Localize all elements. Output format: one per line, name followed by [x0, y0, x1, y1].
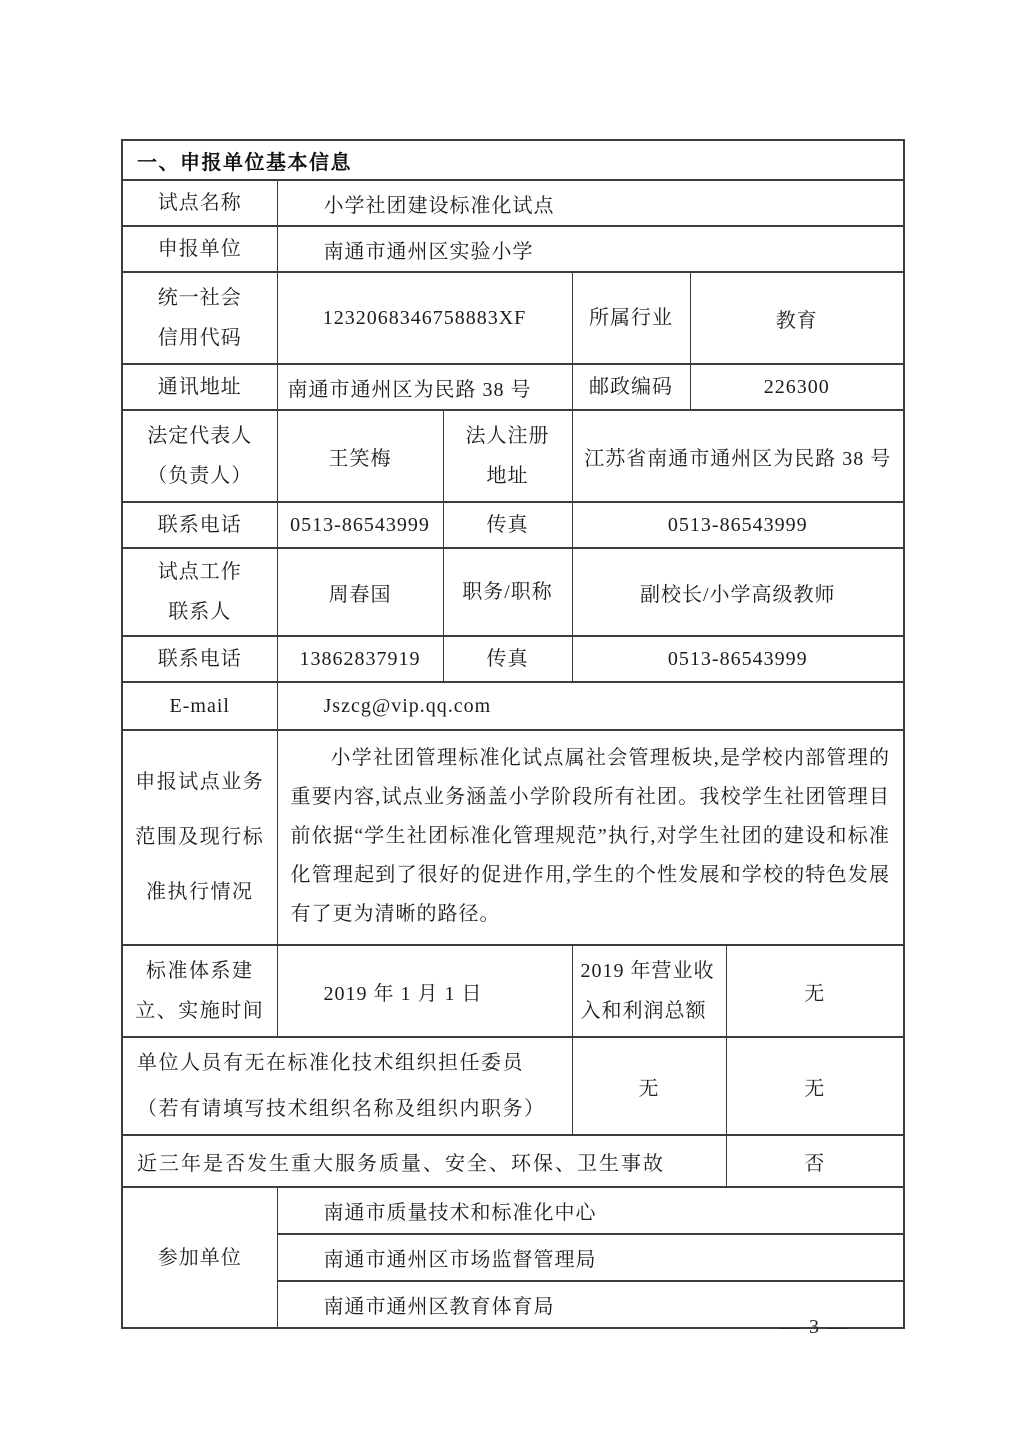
- row-email: E-mail Jszcg@vip.qq.com: [122, 682, 904, 730]
- row-system-time: 标准体系建 立、实施时间 2019 年 1 月 1 日 2019 年营业收 入和…: [122, 945, 904, 1037]
- phone1-label: 联系电话: [122, 502, 277, 548]
- fax1-label: 传真: [443, 502, 572, 548]
- committee-value-2: 无: [726, 1037, 904, 1135]
- participant-item-1: 南通市质量技术和标准化中心: [277, 1187, 904, 1234]
- address-label: 通讯地址: [122, 364, 277, 410]
- fax1-value: 0513-86543999: [572, 502, 904, 548]
- contact-label: 试点工作 联系人: [122, 548, 277, 636]
- row-phone-2: 联系电话 13862837919 传真 0513-86543999: [122, 636, 904, 682]
- postal-value: 226300: [690, 364, 904, 410]
- row-pilot-name: 试点名称 小学社团建设标准化试点: [122, 180, 904, 226]
- reg-address-label: 法人注册 地址: [443, 410, 572, 502]
- email-value: Jszcg@vip.qq.com: [277, 682, 904, 730]
- accidents-label: 近三年是否发生重大服务质量、安全、环保、卫生事故: [122, 1135, 726, 1187]
- scope-label: 申报试点业务 范围及现行标 准执行情况: [122, 730, 277, 945]
- section-title: 一、申报单位基本信息: [122, 140, 904, 180]
- system-time-label: 标准体系建 立、实施时间: [122, 945, 277, 1037]
- phone2-value: 13862837919: [277, 636, 443, 682]
- committee-label: 单位人员有无在标准化技术组织担任委员 （若有请填写技术组织名称及组织内职务）: [122, 1037, 572, 1135]
- row-contact-person: 试点工作 联系人 周春国 职务/职称 副校长/小学高级教师: [122, 548, 904, 636]
- title-value: 副校长/小学高级教师: [572, 548, 904, 636]
- fax2-label: 传真: [443, 636, 572, 682]
- row-business-scope: 申报试点业务 范围及现行标 准执行情况 小学社团管理标准化试点属社会管理板块,是…: [122, 730, 904, 945]
- pilot-name-value: 小学社团建设标准化试点: [277, 180, 904, 226]
- system-time-value: 2019 年 1 月 1 日: [277, 945, 572, 1037]
- row-participant-1: 参加单位 南通市质量技术和标准化中心: [122, 1187, 904, 1234]
- page-number: — 3 —: [770, 1316, 860, 1339]
- participants-label: 参加单位: [122, 1187, 277, 1328]
- document-page: 一、申报单位基本信息 试点名称 小学社团建设标准化试点 申报单位 南通市通州区实…: [0, 0, 1024, 1448]
- contact-value: 周春国: [277, 548, 443, 636]
- legal-rep-value: 王笑梅: [277, 410, 443, 502]
- legal-rep-label: 法定代表人 （负责人）: [122, 410, 277, 502]
- reg-address-value: 江苏省南通市通州区为民路 38 号: [572, 410, 904, 502]
- row-committee: 单位人员有无在标准化技术组织担任委员 （若有请填写技术组织名称及组织内职务） 无…: [122, 1037, 904, 1135]
- address-value: 南通市通州区为民路 38 号: [277, 364, 572, 410]
- participant-item-2: 南通市通州区市场监督管理局: [277, 1234, 904, 1281]
- row-accidents: 近三年是否发生重大服务质量、安全、环保、卫生事故 否: [122, 1135, 904, 1187]
- revenue-label: 2019 年营业收 入和利润总额: [572, 945, 726, 1037]
- applicant-value: 南通市通州区实验小学: [277, 226, 904, 272]
- phone1-value: 0513-86543999: [277, 502, 443, 548]
- scope-value: 小学社团管理标准化试点属社会管理板块,是学校内部管理的重要内容,试点业务涵盖小学…: [277, 730, 904, 945]
- row-address: 通讯地址 南通市通州区为民路 38 号 邮政编码 226300: [122, 364, 904, 410]
- accidents-value: 否: [726, 1135, 904, 1187]
- application-form-table: 一、申报单位基本信息 试点名称 小学社团建设标准化试点 申报单位 南通市通州区实…: [121, 139, 905, 1329]
- row-phone-1: 联系电话 0513-86543999 传真 0513-86543999: [122, 502, 904, 548]
- row-applicant: 申报单位 南通市通州区实验小学: [122, 226, 904, 272]
- row-credit-code: 统一社会 信用代码 1232068346758883XF 所属行业 教育: [122, 272, 904, 364]
- section-header-row: 一、申报单位基本信息: [122, 140, 904, 180]
- fax2-value: 0513-86543999: [572, 636, 904, 682]
- row-legal-rep: 法定代表人 （负责人） 王笑梅 法人注册 地址 江苏省南通市通州区为民路 38 …: [122, 410, 904, 502]
- pilot-name-label: 试点名称: [122, 180, 277, 226]
- email-label: E-mail: [122, 682, 277, 730]
- industry-label: 所属行业: [572, 272, 690, 364]
- phone2-label: 联系电话: [122, 636, 277, 682]
- postal-label: 邮政编码: [572, 364, 690, 410]
- committee-value-1: 无: [572, 1037, 726, 1135]
- title-label: 职务/职称: [443, 548, 572, 636]
- credit-code-value: 1232068346758883XF: [277, 272, 572, 364]
- applicant-label: 申报单位: [122, 226, 277, 272]
- industry-value: 教育: [690, 272, 904, 364]
- revenue-value: 无: [726, 945, 904, 1037]
- credit-code-label: 统一社会 信用代码: [122, 272, 277, 364]
